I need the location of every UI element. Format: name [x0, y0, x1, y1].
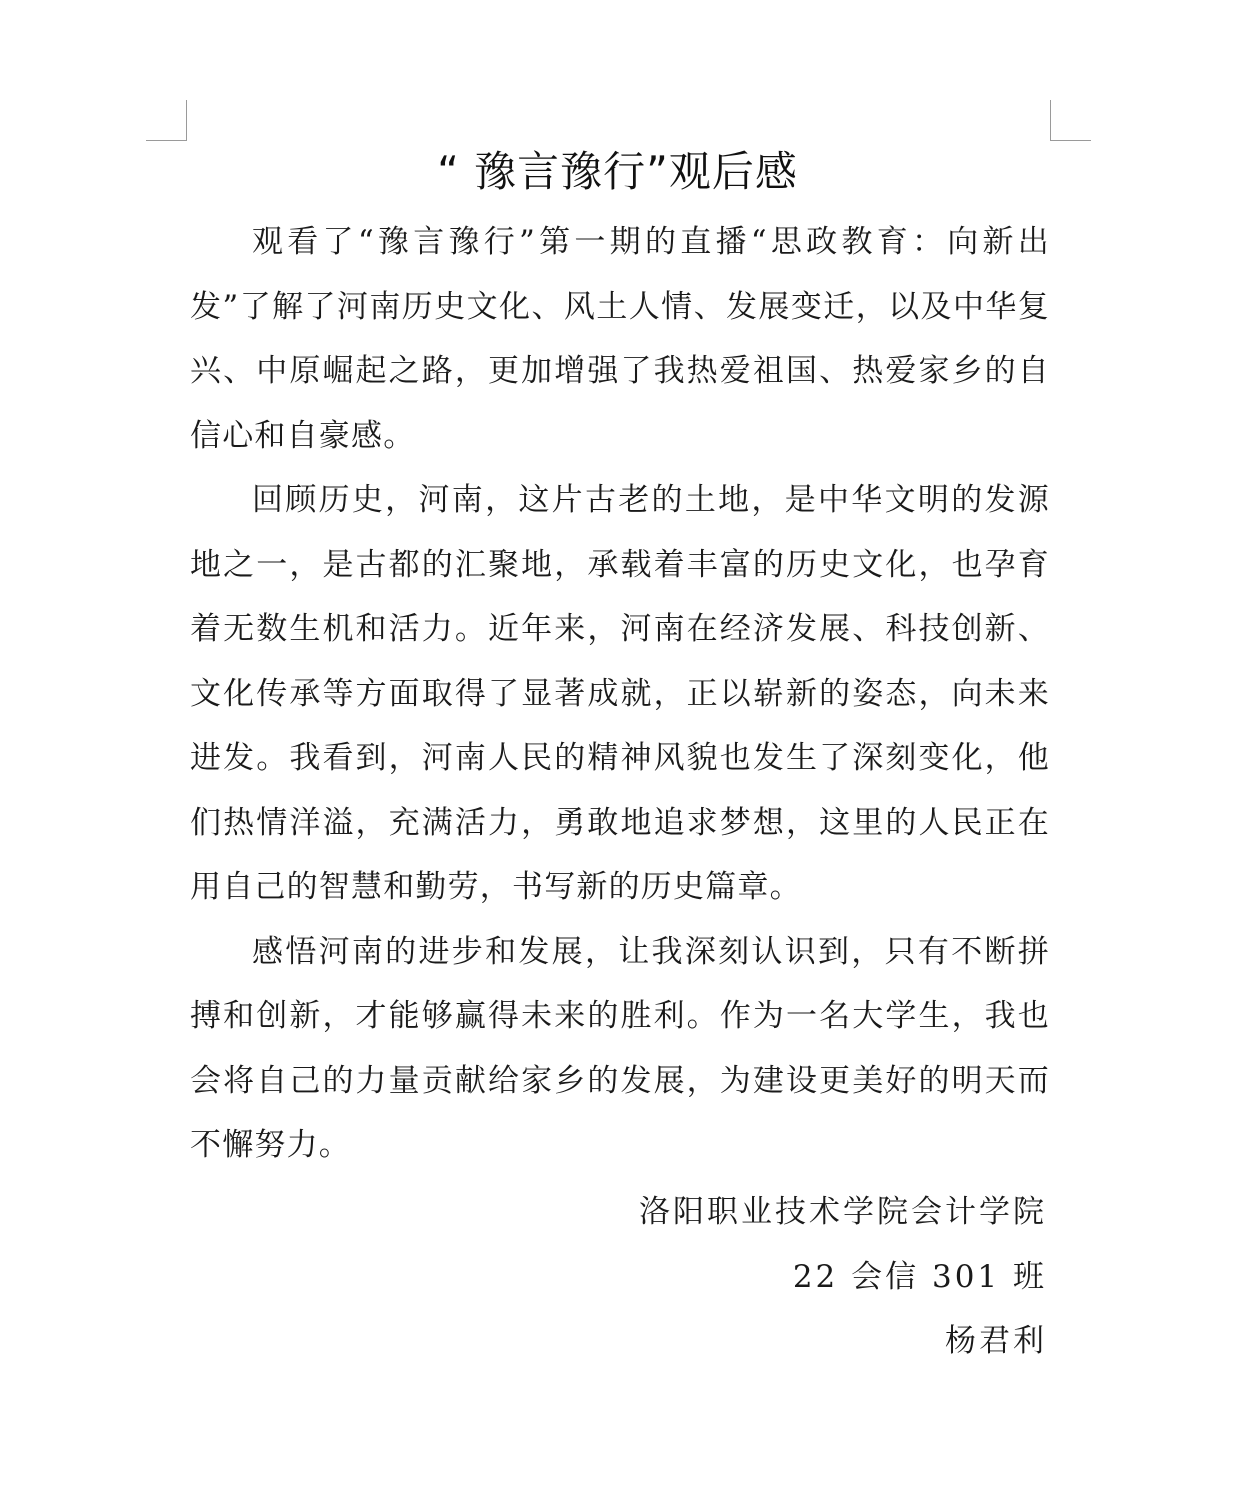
signature-school: 洛阳职业技术学院会计学院 — [639, 1180, 1047, 1245]
paragraph-2: 回顾历史，河南，这片古老的土地，是中华文明的发源地之一，是古都的汇聚地，承载着丰… — [190, 468, 1050, 920]
page-corner-mark-top-left — [146, 100, 187, 141]
signature-class: 22 会信 301 班 — [639, 1245, 1047, 1310]
page-corner-mark-top-right — [1050, 100, 1091, 141]
document-body: 观看了“豫言豫行”第一期的直播“思政教育：向新出发”了解了河南历史文化、风土人情… — [190, 210, 1050, 1178]
signature-author: 杨君利 — [639, 1309, 1047, 1374]
paragraph-3: 感悟河南的进步和发展，让我深刻认识到，只有不断拼搏和创新，才能够赢得未来的胜利。… — [190, 920, 1050, 1178]
paragraph-1: 观看了“豫言豫行”第一期的直播“思政教育：向新出发”了解了河南历史文化、风土人情… — [190, 210, 1050, 468]
signature-block: 洛阳职业技术学院会计学院 22 会信 301 班 杨君利 — [639, 1180, 1047, 1374]
document-title: “ 豫言豫行”观后感 — [0, 140, 1235, 204]
